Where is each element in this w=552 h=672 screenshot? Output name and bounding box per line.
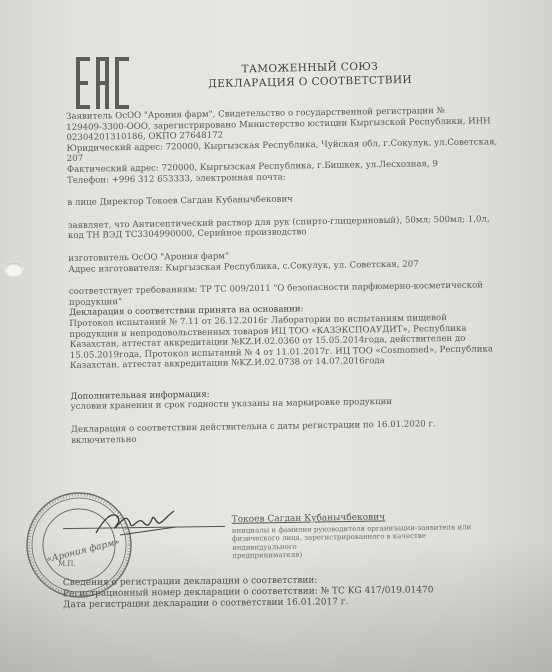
applicant-section: Заявитель ОсОО "Арония фарм", Свидетельс…	[66, 105, 537, 187]
stamp-text: «Арония фарм»	[46, 537, 121, 565]
punch-hole	[5, 262, 23, 276]
signature-icon	[90, 505, 180, 539]
declaration-document: ТАМОЖЕННЫЙ СОЮЗ ДЕКЛАРАЦИЯ О СООТВЕТСТВИ…	[0, 0, 552, 672]
basis-section: Декларация о соответствии принята на осн…	[69, 301, 540, 372]
stamp-place-label: М.П.	[58, 560, 76, 568]
registration-section: Сведения о регистрации декларации о соот…	[63, 574, 483, 611]
document-title: ТАМОЖЕННЫЙ СОЮЗ ДЕКЛАРАЦИЯ О СООТВЕТСТВИ…	[190, 58, 431, 91]
signatory-block: Токоев Сагдан Кубанычбекович инициалы и …	[232, 512, 473, 560]
eac-logo-icon	[76, 57, 130, 109]
declaration-body: Заявитель ОсОО "Арония фарм", Свидетельс…	[66, 105, 541, 447]
